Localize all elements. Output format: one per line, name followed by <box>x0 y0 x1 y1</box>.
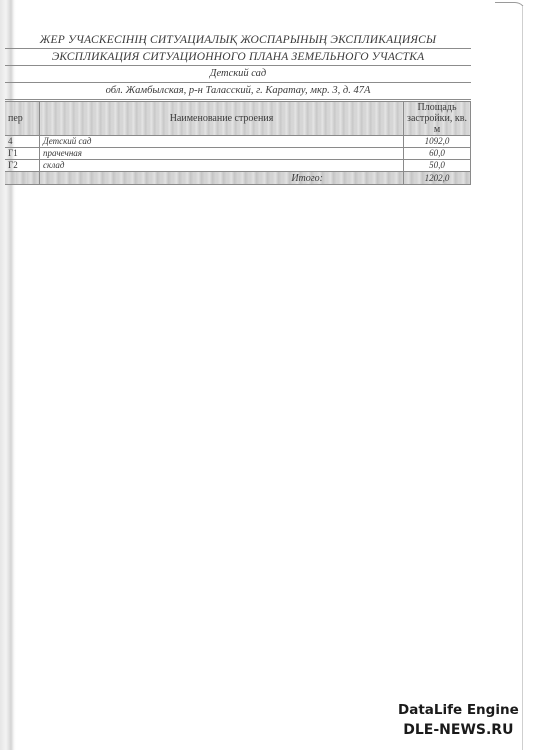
row-number: Г1 <box>5 148 40 160</box>
watermark-line1: DataLife Engine <box>398 702 519 718</box>
title-ru: ЭКСПЛИКАЦИЯ СИТУАЦИОННОГО ПЛАНА ЗЕМЕЛЬНО… <box>5 49 471 66</box>
total-area: 1202,0 <box>404 172 471 185</box>
document-header-table: ЖЕР УЧАСКЕСІНІҢ СИТУАЦИАЛЫҚ ЖОСПАРЫНЫҢ Э… <box>5 32 471 100</box>
row-area: 1092,0 <box>404 136 471 148</box>
object-name: Детский сад <box>5 66 471 83</box>
row-name: склад <box>40 160 404 172</box>
title-ru-row: ЭКСПЛИКАЦИЯ СИТУАЦИОННОГО ПЛАНА ЗЕМЕЛЬНО… <box>5 49 471 66</box>
table-row: 4 Детский сад 1092,0 <box>5 136 471 148</box>
header-number: пер <box>5 102 40 136</box>
row-number: 4 <box>5 136 40 148</box>
total-number <box>5 172 40 185</box>
table-row: Г2 склад 50,0 <box>5 160 471 172</box>
row-number: Г2 <box>5 160 40 172</box>
row-name: Детский сад <box>40 136 404 148</box>
row-name: прачечная <box>40 148 404 160</box>
row-area: 60,0 <box>404 148 471 160</box>
address-row: обл. Жамбылская, р-н Таласский, г. Карат… <box>5 83 471 100</box>
watermark: DataLife Engine DLE-NEWS.RU <box>398 700 519 740</box>
object-name-row: Детский сад <box>5 66 471 83</box>
table-row: Г1 прачечная 60,0 <box>5 148 471 160</box>
watermark-line2: DLE-NEWS.RU <box>398 720 519 740</box>
row-area: 50,0 <box>404 160 471 172</box>
title-kz: ЖЕР УЧАСКЕСІНІҢ СИТУАЦИАЛЫҚ ЖОСПАРЫНЫҢ Э… <box>5 32 471 49</box>
header-area: Площадь застройки, кв. м <box>404 102 471 136</box>
scan-right-edge <box>522 6 546 750</box>
header-name: Наименование строения <box>40 102 404 136</box>
explication-table: пер Наименование строения Площадь застро… <box>5 101 471 185</box>
title-kz-row: ЖЕР УЧАСКЕСІНІҢ СИТУАЦИАЛЫҚ ЖОСПАРЫНЫҢ Э… <box>5 32 471 49</box>
table-total-row: Итого: 1202,0 <box>5 172 471 185</box>
table-header-row: пер Наименование строения Площадь застро… <box>5 102 471 136</box>
address: обл. Жамбылская, р-н Таласский, г. Карат… <box>5 83 471 100</box>
total-label: Итого: <box>40 172 404 185</box>
